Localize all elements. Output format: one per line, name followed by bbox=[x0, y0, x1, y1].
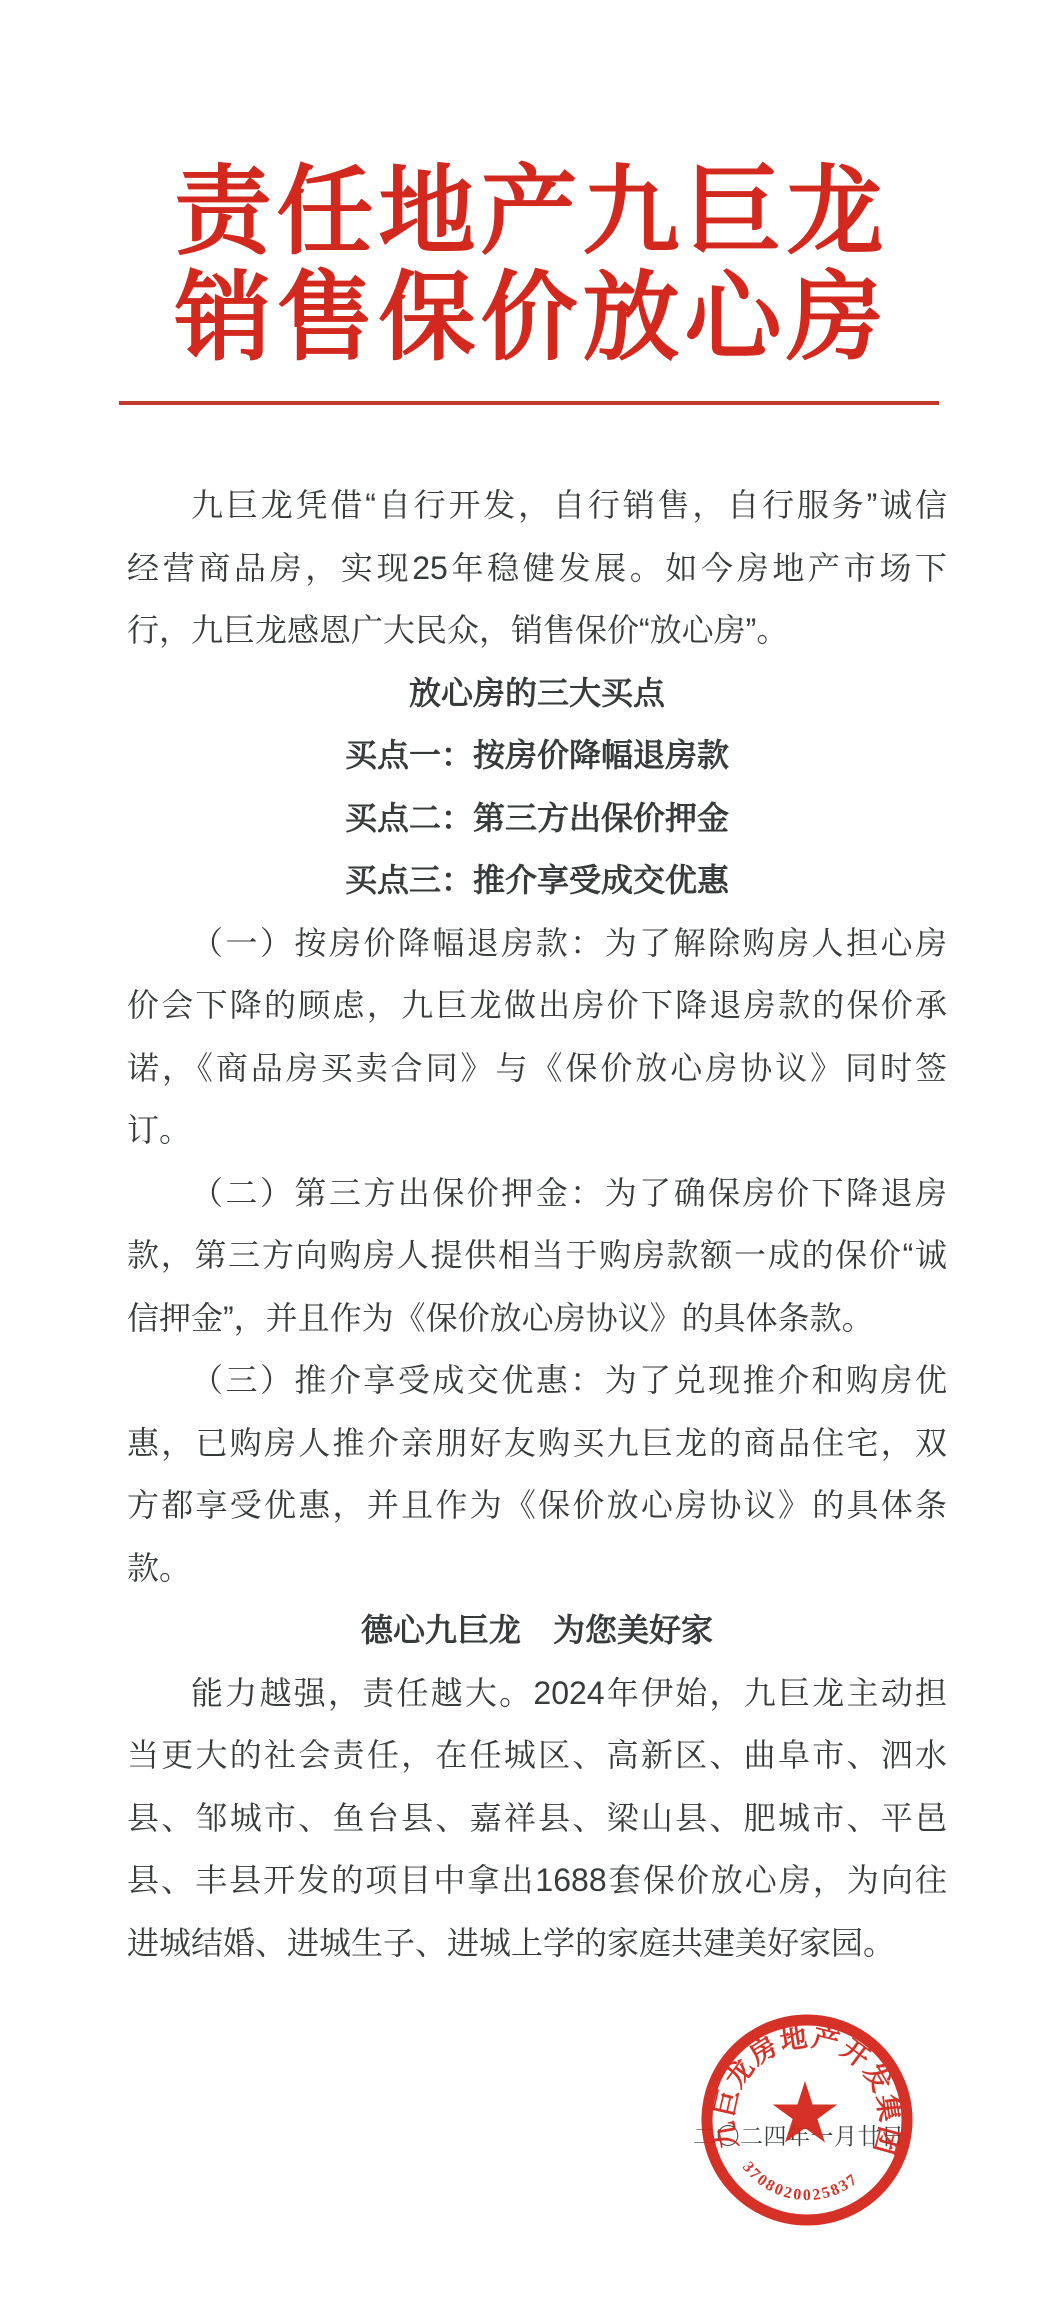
title-divider-line bbox=[119, 401, 939, 405]
body-text: 九巨龙凭借“自行开发，自行销售，自行服务”诚信经营商品房，实现25年稳健发展。如… bbox=[127, 474, 947, 1974]
text-line: 能力越强，责任越大。2024年伊始，九巨龙主动担 bbox=[127, 1662, 947, 1725]
text-line: 信押金”，并且作为《保价放心房协议》的具体条款。 bbox=[127, 1287, 947, 1350]
text-line: 诺，《商品房买卖合同》与《保价放心房协议》同时签 bbox=[127, 1037, 947, 1100]
section-heading-line: 买点二：第三方出保价押金 bbox=[127, 787, 947, 850]
section-heading-line: 买点一：按房价降幅退房款 bbox=[127, 724, 947, 787]
text-line: 县、邹城市、鱼台县、嘉祥县、梁山县、肥城市、平邑 bbox=[127, 1787, 947, 1850]
text-line: 惠，已购房人推介亲朋好友购买九巨龙的商品住宅，双 bbox=[127, 1412, 947, 1475]
page-title: 责任地产九巨龙 销售保价放心房 bbox=[0, 160, 1063, 372]
page-title-line-2: 销售保价放心房 bbox=[0, 266, 1063, 372]
text-line: 方都享受优惠，并且作为《保价放心房协议》的具体条 bbox=[127, 1474, 947, 1537]
text-line: 进城结婚、进城生子、进城上学的家庭共建美好家园。 bbox=[127, 1912, 947, 1975]
text-line: 当更大的社会责任，在任城区、高新区、曲阜市、泗水 bbox=[127, 1724, 947, 1787]
page-title-line-1: 责任地产九巨龙 bbox=[0, 160, 1063, 266]
section-heading-line: 德心九巨龙 为您美好家 bbox=[127, 1599, 947, 1662]
company-seal: 九巨龙房地产开发集团 3708020025837 bbox=[690, 2003, 924, 2237]
text-line: 经营商品房，实现25年稳健发展。如今房地产市场下 bbox=[127, 537, 947, 600]
text-line: （一）按房价降幅退房款：为了解除购房人担心房 bbox=[127, 912, 947, 975]
text-line: （二）第三方出保价押金：为了确保房价下降退房 bbox=[127, 1162, 947, 1225]
document-page: 责任地产九巨龙 销售保价放心房 九巨龙凭借“自行开发，自行销售，自行服务”诚信经… bbox=[0, 0, 1063, 2303]
text-line: 行，九巨龙感恩广大民众，销售保价“放心房”。 bbox=[127, 599, 947, 662]
text-line: 款。 bbox=[127, 1537, 947, 1600]
section-heading-line: 买点三：推介享受成交优惠 bbox=[127, 849, 947, 912]
seal-star-icon bbox=[773, 2081, 838, 2143]
text-line: 款，第三方向购房人提供相当于购房款额一成的保价“诚 bbox=[127, 1224, 947, 1287]
text-line: （三）推介享受成交优惠：为了兑现推介和购房优 bbox=[127, 1349, 947, 1412]
text-line: 订。 bbox=[127, 1099, 947, 1162]
text-line: 九巨龙凭借“自行开发，自行销售，自行服务”诚信 bbox=[127, 474, 947, 537]
text-line: 县、丰县开发的项目中拿出1688套保价放心房，为向往 bbox=[127, 1849, 947, 1912]
text-line: 价会下降的顾虑，九巨龙做出房价下降退房款的保价承 bbox=[127, 974, 947, 1037]
seal-number-text: 3708020025837 bbox=[739, 2159, 862, 2204]
section-heading-line: 放心房的三大买点 bbox=[127, 662, 947, 725]
